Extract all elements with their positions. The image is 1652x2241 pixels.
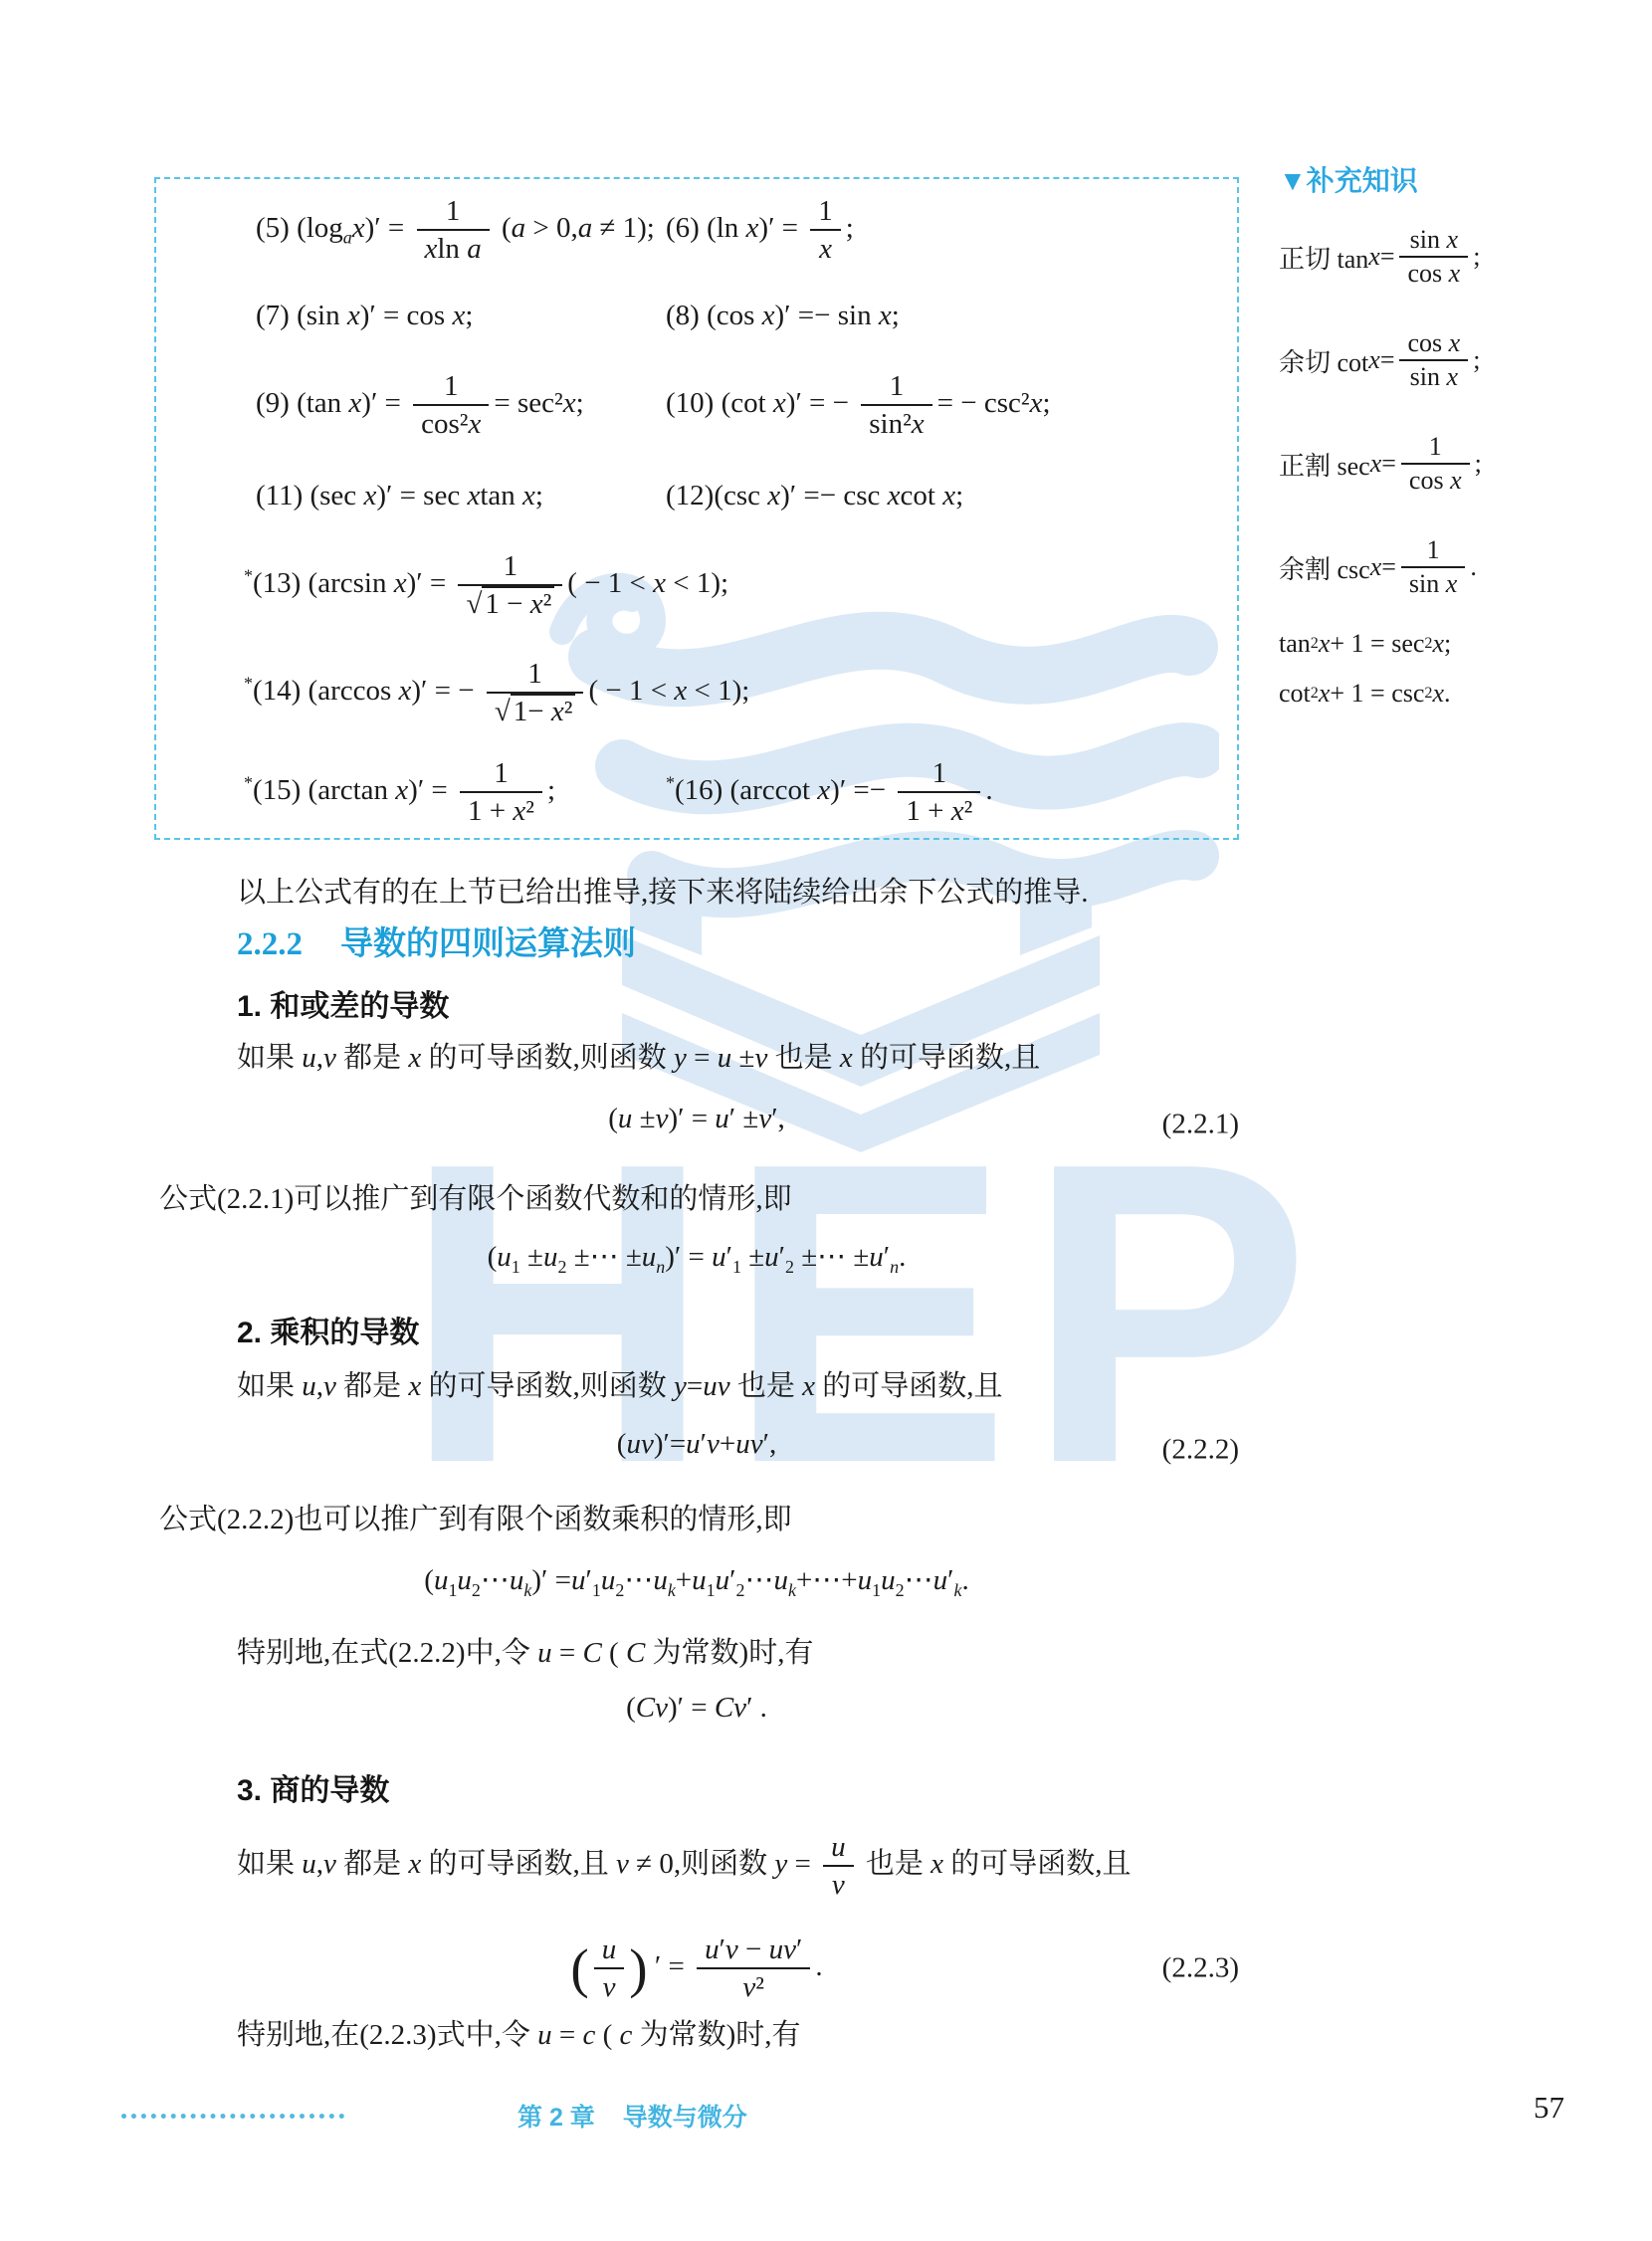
equation-2-2-2: (uv)′=u′v+uv′, — [617, 1428, 776, 1460]
equation-2-2-2-label: (2.2.2) — [1162, 1434, 1239, 1467]
equation-2-2-3-row: (uv) ′ = u′v − uv′v². (2.2.3) — [154, 1913, 1239, 2024]
formula-row-3: (9) (tan x)′ = 1cos²x= sec²x; (10) (cot … — [156, 350, 1237, 460]
equation-sum-extended-row: (u1 ±u2 ±⋯ ±un)′ = u′1 ±u′2 ±⋯ ±u′n. — [154, 1239, 1239, 1285]
formula-13: *(13) (arcsin x)′ = 1√1 − x²( − 1 < x < … — [156, 548, 1237, 623]
constant-product-paragraph: 特别地,在式(2.2.2)中,令 u = C ( C 为常数)时,有 — [237, 1630, 813, 1671]
equation-2-2-3: (uv) ′ = u′v − uv′v². — [570, 1932, 822, 2006]
equation-2-2-1-row: (u ±v)′ = u′ ±v′, (2.2.1) — [154, 1103, 1239, 1146]
supplement-line-tan: 正切 tan x = sin xcos x; — [1279, 205, 1637, 308]
equation-2-2-3-label: (2.2.3) — [1162, 1952, 1239, 1985]
formula-row-4: (11) (sec x)′ = sec xtan x; (12)(csc x)′… — [156, 460, 1237, 531]
equation-2-2-1-label: (2.2.1) — [1162, 1109, 1239, 1141]
subsection-1-heading: 1. 和或差的导数 — [237, 981, 449, 1025]
subsection-3-heading: 3. 商的导数 — [237, 1765, 389, 1809]
formula-9: (9) (tan x)′ = 1cos²x= sec²x; — [156, 368, 666, 443]
equation-2-2-2-row: (uv)′=u′v+uv′, (2.2.2) — [154, 1428, 1239, 1472]
equation-sum-extended: (u1 ±u2 ±⋯ ±un)′ = u′1 ±u′2 ±⋯ ±u′n. — [488, 1241, 907, 1273]
equation-cv: (Cv)′ = Cv′ . — [626, 1692, 767, 1724]
sum-extension-paragraph: 公式(2.2.1)可以推广到有限个函数代数和的情形,即 — [159, 1176, 792, 1217]
supplement-title: ▼补充知识 — [1279, 159, 1637, 205]
formula-7: (7) (sin x)′ = cos x; — [156, 300, 666, 332]
quotient-rule-paragraph: 如果 u,v 都是 x 的可导函数,且 v ≠ 0,则函数 y = uv 也是 … — [237, 1829, 1131, 1904]
formula-8: (8) (cos x)′ =− sin x; — [666, 300, 1237, 332]
section-heading: 2.2.2导数的四则运算法则 — [237, 917, 636, 964]
formula-row-6: *(14) (arccos x)′ = − 1√1− x²( − 1 < x <… — [156, 639, 1237, 746]
equation-product-extended-row: (u1u2⋯uk)′ =u′1u2⋯uk+u1u′2⋯uk+⋯+u1u2⋯u′k… — [154, 1562, 1239, 1608]
footer-chapter: 第 2 章导数与微分 — [517, 2098, 747, 2134]
supplement-line-sec: 正割 sec x = 1cos x; — [1279, 412, 1637, 515]
sum-rule-paragraph: 如果 u,v 都是 x 的可导函数,则函数 y = u ±v 也是 x 的可导函… — [237, 1035, 1040, 1076]
formula-5: (5) (logax)′ = 1xln a (a > 0,a ≠ 1); — [156, 193, 666, 268]
equation-2-2-1: (u ±v)′ = u′ ±v′, — [608, 1103, 785, 1134]
textbook-page: HEP (5) (logax)′ = 1xln a (a > 0,a ≠ 1);… — [0, 0, 1652, 2241]
supplement-sidebar: ▼补充知识 正切 tan x = sin xcos x; 余切 cot x = … — [1279, 159, 1637, 718]
footer-chapter-number: 第 2 章 — [517, 2104, 595, 2132]
page-number: 57 — [1534, 2090, 1564, 2126]
formula-row-7: *(15) (arctan x)′ = 11 + x²; *(16) (arcc… — [156, 746, 1237, 838]
supplement-line-tan-identity: tan2 x + 1 = sec2 x; — [1279, 619, 1637, 669]
formula-10: (10) (cot x)′ = − 1sin²x= − csc²x; — [666, 368, 1237, 443]
formula-row-1: (5) (logax)′ = 1xln a (a > 0,a ≠ 1); (6)… — [156, 179, 1237, 281]
section-number: 2.2.2 — [237, 926, 303, 962]
equation-product-extended: (u1u2⋯uk)′ =u′1u2⋯uk+u1u′2⋯uk+⋯+u1u2⋯u′k… — [424, 1564, 968, 1596]
formula-16: *(16) (arccot x)′ =− 11 + x². — [666, 755, 1237, 830]
section-title: 导数的四则运算法则 — [340, 924, 636, 961]
supplement-line-csc: 余割 csc x = 1sin x. — [1279, 515, 1637, 619]
derivative-formula-box: (5) (logax)′ = 1xln a (a > 0,a ≠ 1); (6)… — [154, 177, 1239, 840]
constant-quotient-paragraph: 特别地,在(2.2.3)式中,令 u = c ( c 为常数)时,有 — [237, 2012, 801, 2053]
formula-11: (11) (sec x)′ = sec xtan x; — [156, 480, 666, 512]
formula-12: (12)(csc x)′ =− csc xcot x; — [666, 480, 1237, 512]
supplement-line-cot: 余切 cot x = cos xsin x; — [1279, 308, 1637, 412]
equation-cv-row: (Cv)′ = Cv′ . — [154, 1692, 1239, 1735]
product-rule-paragraph: 如果 u,v 都是 x 的可导函数,则函数 y=uv 也是 x 的可导函数,且 — [237, 1363, 1003, 1404]
footer-dotted-line — [121, 2114, 344, 2119]
subsection-2-heading: 2. 乘积的导数 — [237, 1308, 419, 1351]
formula-14: *(14) (arccos x)′ = − 1√1− x²( − 1 < x <… — [156, 656, 1237, 730]
footer-chapter-title: 导数与微分 — [623, 2104, 747, 2132]
formula-row-2: (7) (sin x)′ = cos x; (8) (cos x)′ =− si… — [156, 281, 1237, 350]
formula-15: *(15) (arctan x)′ = 11 + x²; — [156, 755, 666, 830]
formula-row-5: *(13) (arcsin x)′ = 1√1 − x²( − 1 < x < … — [156, 531, 1237, 639]
intro-paragraph: 以上公式有的在上节已给出推导,接下来将陆续给出余下公式的推导. — [237, 870, 1089, 911]
supplement-line-cot-identity: cot2 x + 1 = csc2 x. — [1279, 669, 1637, 718]
formula-6: (6) (ln x)′ = 1x; — [666, 193, 1237, 268]
product-extension-paragraph: 公式(2.2.2)也可以推广到有限个函数乘积的情形,即 — [159, 1497, 792, 1537]
